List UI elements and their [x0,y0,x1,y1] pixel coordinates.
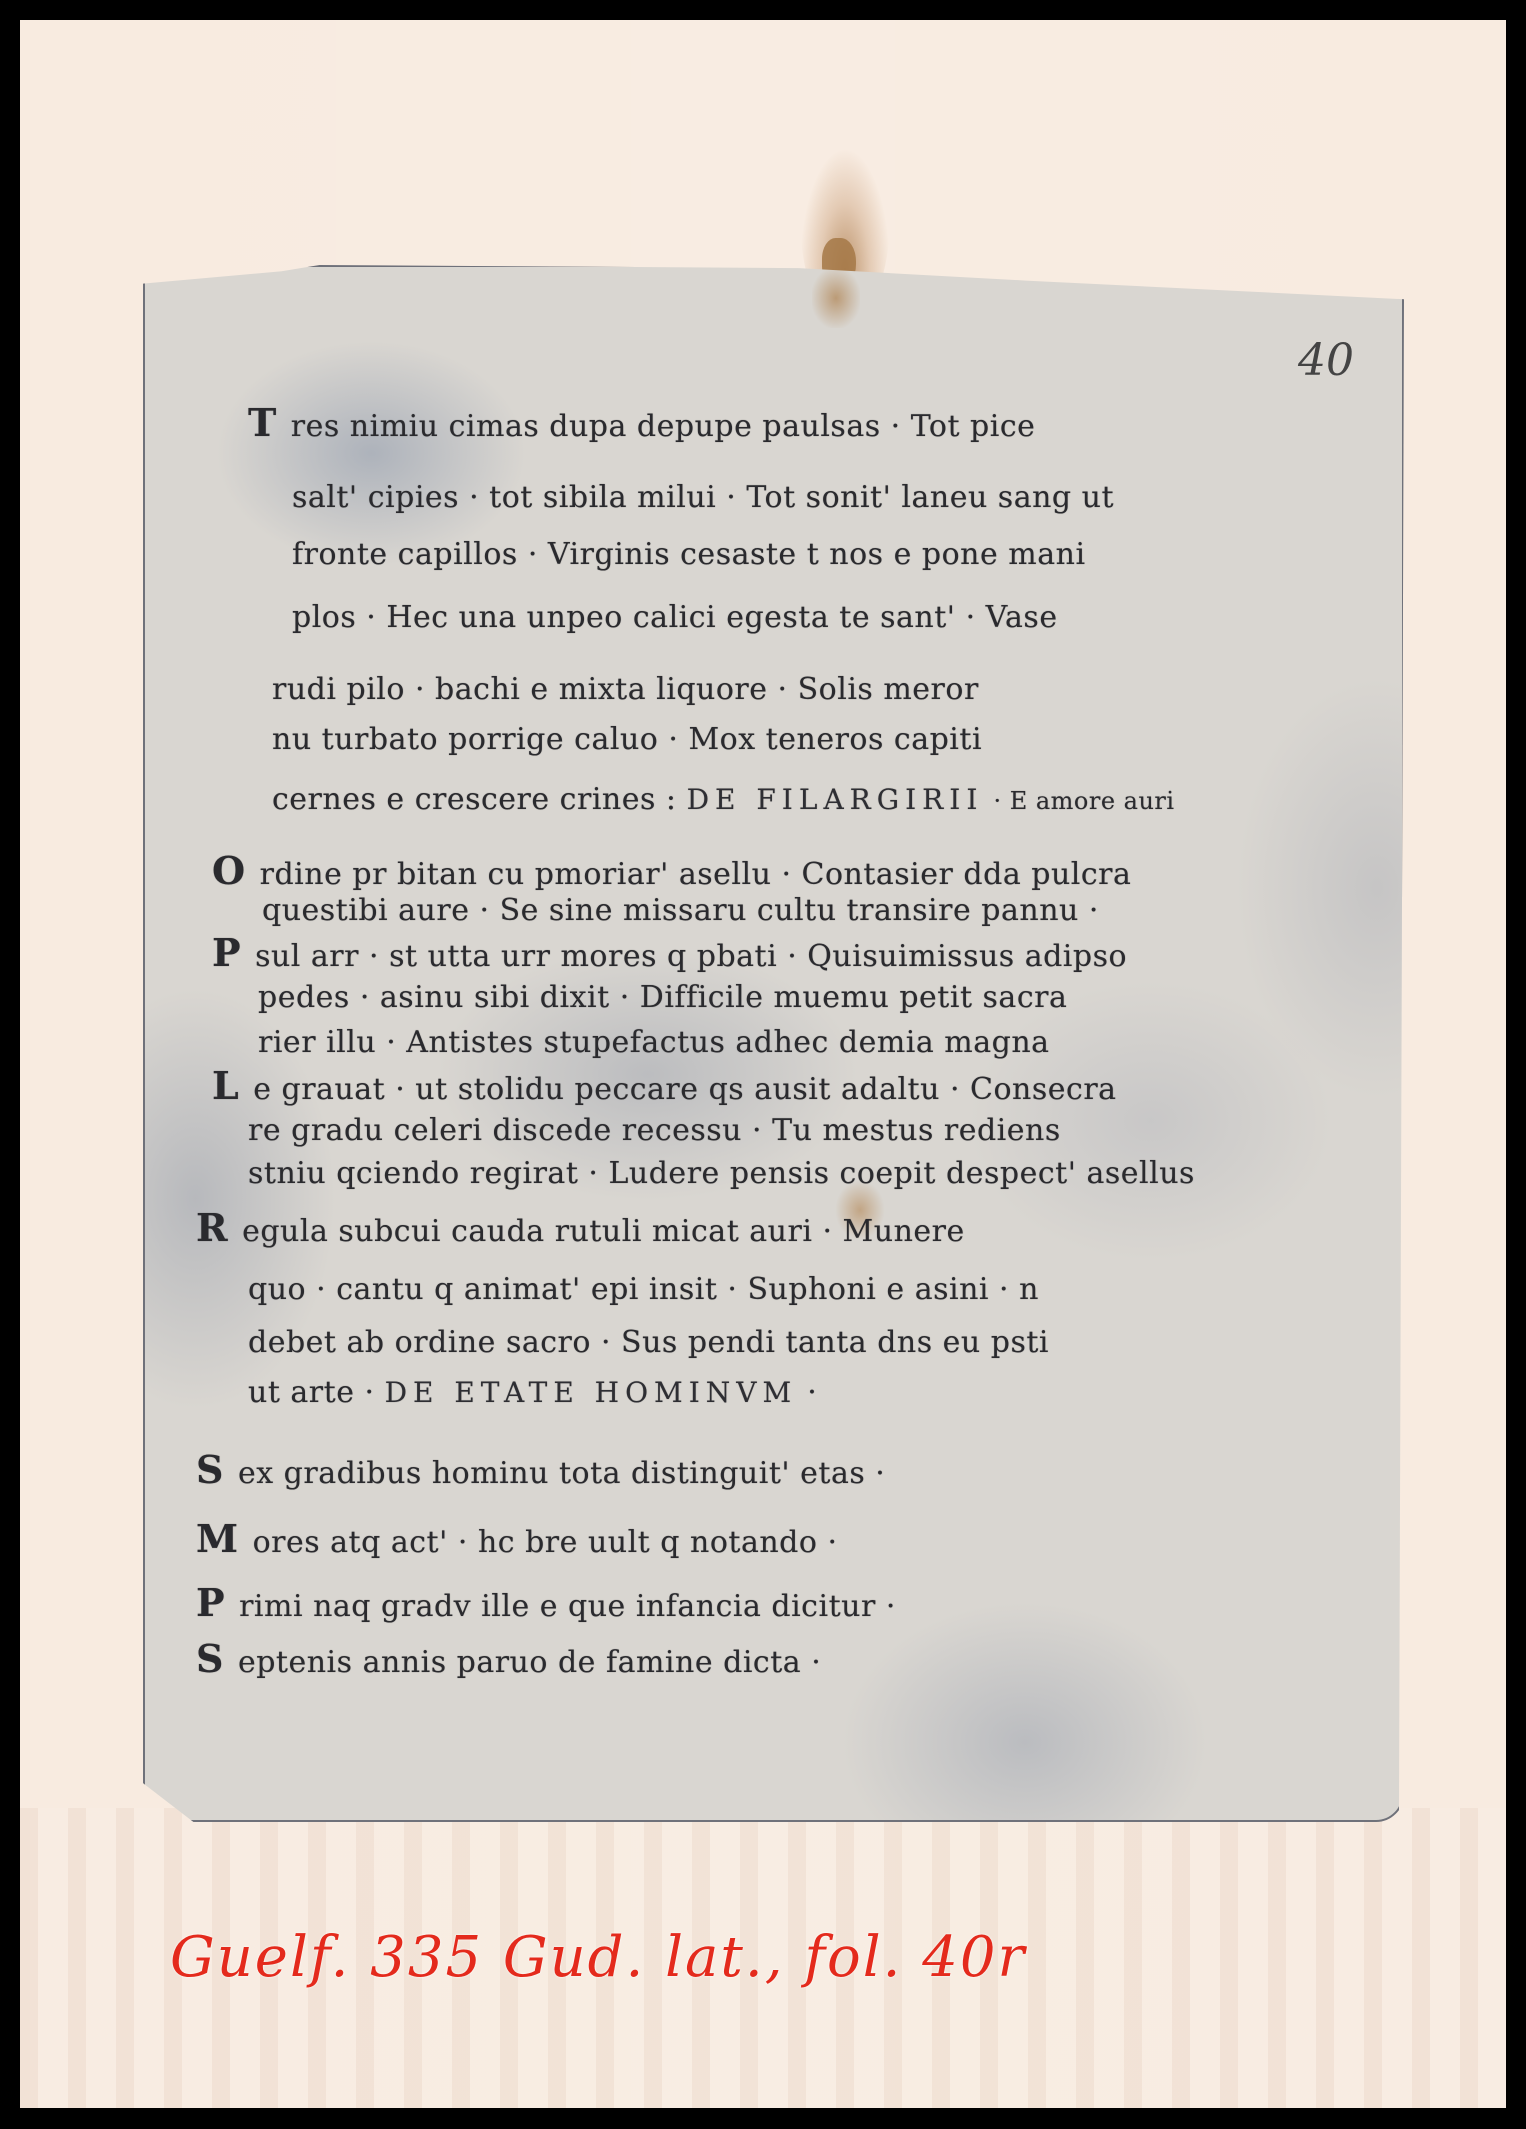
text-line-4: plos · Hec una unpeo calici egesta te sa… [292,600,1058,635]
text-line-8: Ordine pr bitan cu pmoriar' asellu · Con… [212,848,1131,893]
text-line-6: nu turbato porrige caluo · Mox teneros c… [272,722,982,757]
line-text: ores atq act' · hc bre uult q notando · [253,1525,838,1560]
line-text: re gradu celeri discede recessu · Tu mes… [248,1113,1061,1148]
line-text: rier illu · Antistes stupefactus adhec d… [258,1025,1050,1060]
text-line-23: Septenis annis paruo de famine dicta · [196,1636,821,1681]
initial-letter: P [212,930,241,975]
line-text: questibi aure · Se sine missaru cultu tr… [262,893,1099,928]
line-text: egula subcui cauda rutuli micat auri · M… [242,1214,965,1249]
text-line-17: quo · cantu q animat' epi insit · Suphon… [248,1272,1039,1307]
text-line-22: Primi naq gradv ille e que infancia dici… [196,1580,896,1625]
line-text: pedes · asinu sibi dixit · Difficile mue… [258,980,1067,1015]
text-line-10: Psul arr · st utta urr mores q pbati · Q… [212,930,1127,975]
line-text: ex gradibus hominu tota distinguit' etas… [238,1456,885,1491]
line-tail: · E amore auri [993,787,1174,815]
text-line-19: ut arte · DE ETATE HOMINVM · [248,1375,817,1410]
shelfmark-annotation: Guelf. 335 Gud. lat., fol. 40r [170,1925,1026,1990]
stain-on-parchment-top [812,268,860,328]
line-text: e grauat · ut stolidu peccare qs ausit a… [253,1072,1116,1107]
line-text: plos · Hec una unpeo calici egesta te sa… [292,600,1058,635]
line-tail: · [807,1375,817,1410]
text-line-3: fronte capillos · Virginis cesaste t nos… [292,537,1086,572]
initial-letter: T [248,400,277,445]
line-text: eptenis annis paruo de famine dicta · [238,1645,821,1680]
line-text: quo · cantu q animat' epi insit · Suphon… [248,1272,1039,1307]
text-line-2: salt' cipies · tot sibila milui · Tot so… [292,480,1114,515]
line-text: nu turbato porrige caluo · Mox teneros c… [272,722,982,757]
initial-letter: P [196,1580,225,1625]
text-line-21: Mores atq act' · hc bre uult q notando · [196,1516,838,1561]
initial-letter: L [212,1063,239,1108]
rubric-heading: DE FILARGIRII [687,783,984,816]
initial-letter: O [212,848,246,893]
line-text: rdine pr bitan cu pmoriar' asellu · Cont… [260,857,1132,892]
line-text: rimi naq gradv ille e que infancia dicit… [239,1589,896,1624]
line-text: res nimiu cimas dupa depupe paulsas · To… [291,409,1036,444]
line-text: cernes e crescere crines : [272,782,677,817]
text-line-12: rier illu · Antistes stupefactus adhec d… [258,1025,1050,1060]
initial-letter: M [196,1516,239,1561]
text-line-11: pedes · asinu sibi dixit · Difficile mue… [258,980,1067,1015]
line-text: salt' cipies · tot sibila milui · Tot so… [292,480,1114,515]
initial-letter: S [196,1447,224,1492]
text-line-18: debet ab ordine sacro · Sus pendi tanta … [248,1325,1049,1360]
initial-letter: S [196,1636,224,1681]
text-line-1: Tres nimiu cimas dupa depupe paulsas · T… [248,400,1035,445]
text-line-7: cernes e crescere crines : DE FILARGIRII… [272,782,1175,817]
line-text: fronte capillos · Virginis cesaste t nos… [292,537,1086,572]
text-line-16: Regula subcui cauda rutuli micat auri · … [196,1205,965,1250]
text-line-5: rudi pilo · bachi e mixta liquore · Soli… [272,672,979,707]
rubric-heading: DE ETATE HOMINVM [385,1376,798,1409]
folio-number: 40 [1298,335,1354,386]
line-text: stniu qciendo regirat · Ludere pensis co… [248,1156,1195,1191]
text-line-20: Sex gradibus hominu tota distinguit' eta… [196,1447,885,1492]
text-line-15: stniu qciendo regirat · Ludere pensis co… [248,1156,1195,1191]
line-text: rudi pilo · bachi e mixta liquore · Soli… [272,672,979,707]
initial-letter: R [196,1205,228,1250]
text-line-14: re gradu celeri discede recessu · Tu mes… [248,1113,1061,1148]
text-line-13: Le grauat · ut stolidu peccare qs ausit … [212,1063,1117,1108]
line-text: sul arr · st utta urr mores q pbati · Qu… [255,939,1127,974]
line-text: debet ab ordine sacro · Sus pendi tanta … [248,1325,1049,1360]
line-text: ut arte · [248,1375,375,1410]
text-line-9: questibi aure · Se sine missaru cultu tr… [262,893,1099,928]
